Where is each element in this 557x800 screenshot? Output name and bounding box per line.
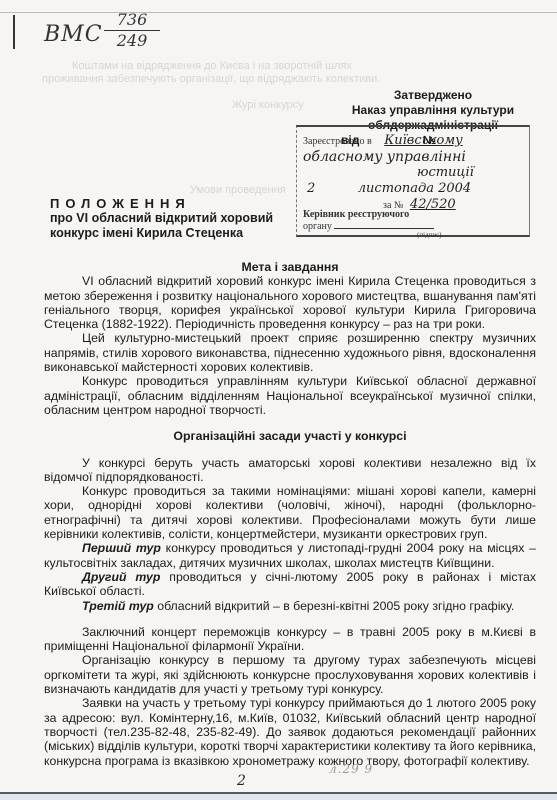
- page-number: 2: [237, 773, 246, 789]
- registered-in-row: Зареєстровано в Київському: [303, 133, 463, 148]
- signature-caption: (підпис): [417, 231, 442, 239]
- round-3-text: обласний відкритий – в березні-квітні 20…: [154, 599, 514, 613]
- archive-denominator: 249: [104, 31, 160, 51]
- goals-paragraph-1: VI обласний відкритий хоровий конкурс ім…: [44, 274, 536, 331]
- round-3-label: Третій тур: [82, 599, 154, 613]
- round-2-paragraph: Другий тур проводиться у січні-лютому 20…: [44, 570, 536, 599]
- round-1-paragraph: Перший тур конкурсу проводиться у листоп…: [44, 541, 536, 570]
- handwritten-agency: обласному управлінні: [303, 149, 466, 165]
- organ-row: органу: [303, 221, 434, 232]
- archive-sheet-mark: л.29 9: [329, 762, 373, 776]
- goals-paragraph-3: Конкурс проводиться управлінням культури…: [44, 374, 536, 417]
- show-through-line-3: Журі конкурсу: [232, 99, 304, 111]
- organization-rounds-paragraph: Організацію конкурсу в першому та другом…: [44, 653, 536, 696]
- order-label: Наказ управління культури: [333, 103, 533, 118]
- archive-code: ВМС: [44, 22, 103, 47]
- scanned-page: ВМС 736 249 Коштами на відрядження до Ки…: [0, 0, 557, 794]
- document-body: Мета і завдання VI обласний відкритий хо…: [44, 260, 536, 768]
- document-title: ПОЛОЖЕННЯ про VI обласний відкритий хоро…: [50, 196, 280, 241]
- applications-paragraph: Заявки на участь у третьому турі конкурс…: [44, 696, 536, 767]
- organization-paragraph-1: У конкурсі беруть участь аматорські хоро…: [44, 456, 536, 485]
- organ-label: органу: [303, 221, 332, 232]
- final-concert-paragraph: Заключний концерт переможців конкурсу – …: [44, 625, 536, 654]
- section-heading-organization: Організаційні засади участі у конкурсі: [44, 429, 536, 443]
- handwritten-region: Київському: [384, 133, 462, 148]
- handwritten-justice: юстиції: [417, 165, 474, 180]
- show-through-line-2: проживання забезпечують організації, що …: [42, 73, 380, 85]
- title-word: ПОЛОЖЕННЯ: [50, 196, 280, 211]
- goals-paragraph-2: Цей культурно-мистецький проект сприяє р…: [44, 331, 536, 374]
- title-line-3: конкурс імені Кирила Стеценка: [50, 226, 280, 241]
- archive-fraction: 736 249: [104, 10, 160, 51]
- section-heading-goals: Мета і завдання: [44, 260, 536, 274]
- registration-number: 42/520: [410, 197, 456, 212]
- title-line-2: про VI обласний відкритий хоровий: [50, 211, 280, 226]
- registration-stamp: Зареєстровано в Київському обласному упр…: [296, 125, 530, 237]
- approved-label: Затверджено: [333, 88, 533, 103]
- head-label: Керівник реєструючого: [303, 209, 409, 220]
- show-through-line-4: Умови проведення: [190, 184, 286, 196]
- archive-numerator: 736: [104, 10, 160, 31]
- organization-paragraph-2: Конкурс проводиться за такими номінаціям…: [44, 484, 536, 541]
- scan-edge-line: [0, 12, 557, 13]
- round-2-label: Другий тур: [82, 570, 160, 584]
- registration-day: 2: [307, 181, 315, 196]
- registration-month-year: листопада 2004: [358, 181, 471, 196]
- margin-mark: [13, 15, 15, 49]
- registered-in-label: Зареєстровано в: [303, 136, 372, 147]
- round-3-paragraph: Третій тур обласний відкритий – в березн…: [44, 599, 536, 613]
- date-row: 2 листопада 2004: [307, 181, 471, 196]
- show-through-line-1: Коштами на відрядження до Києва і на зво…: [72, 60, 352, 72]
- round-1-label: Перший тур: [82, 541, 161, 555]
- scan-bottom-edge: [0, 794, 557, 800]
